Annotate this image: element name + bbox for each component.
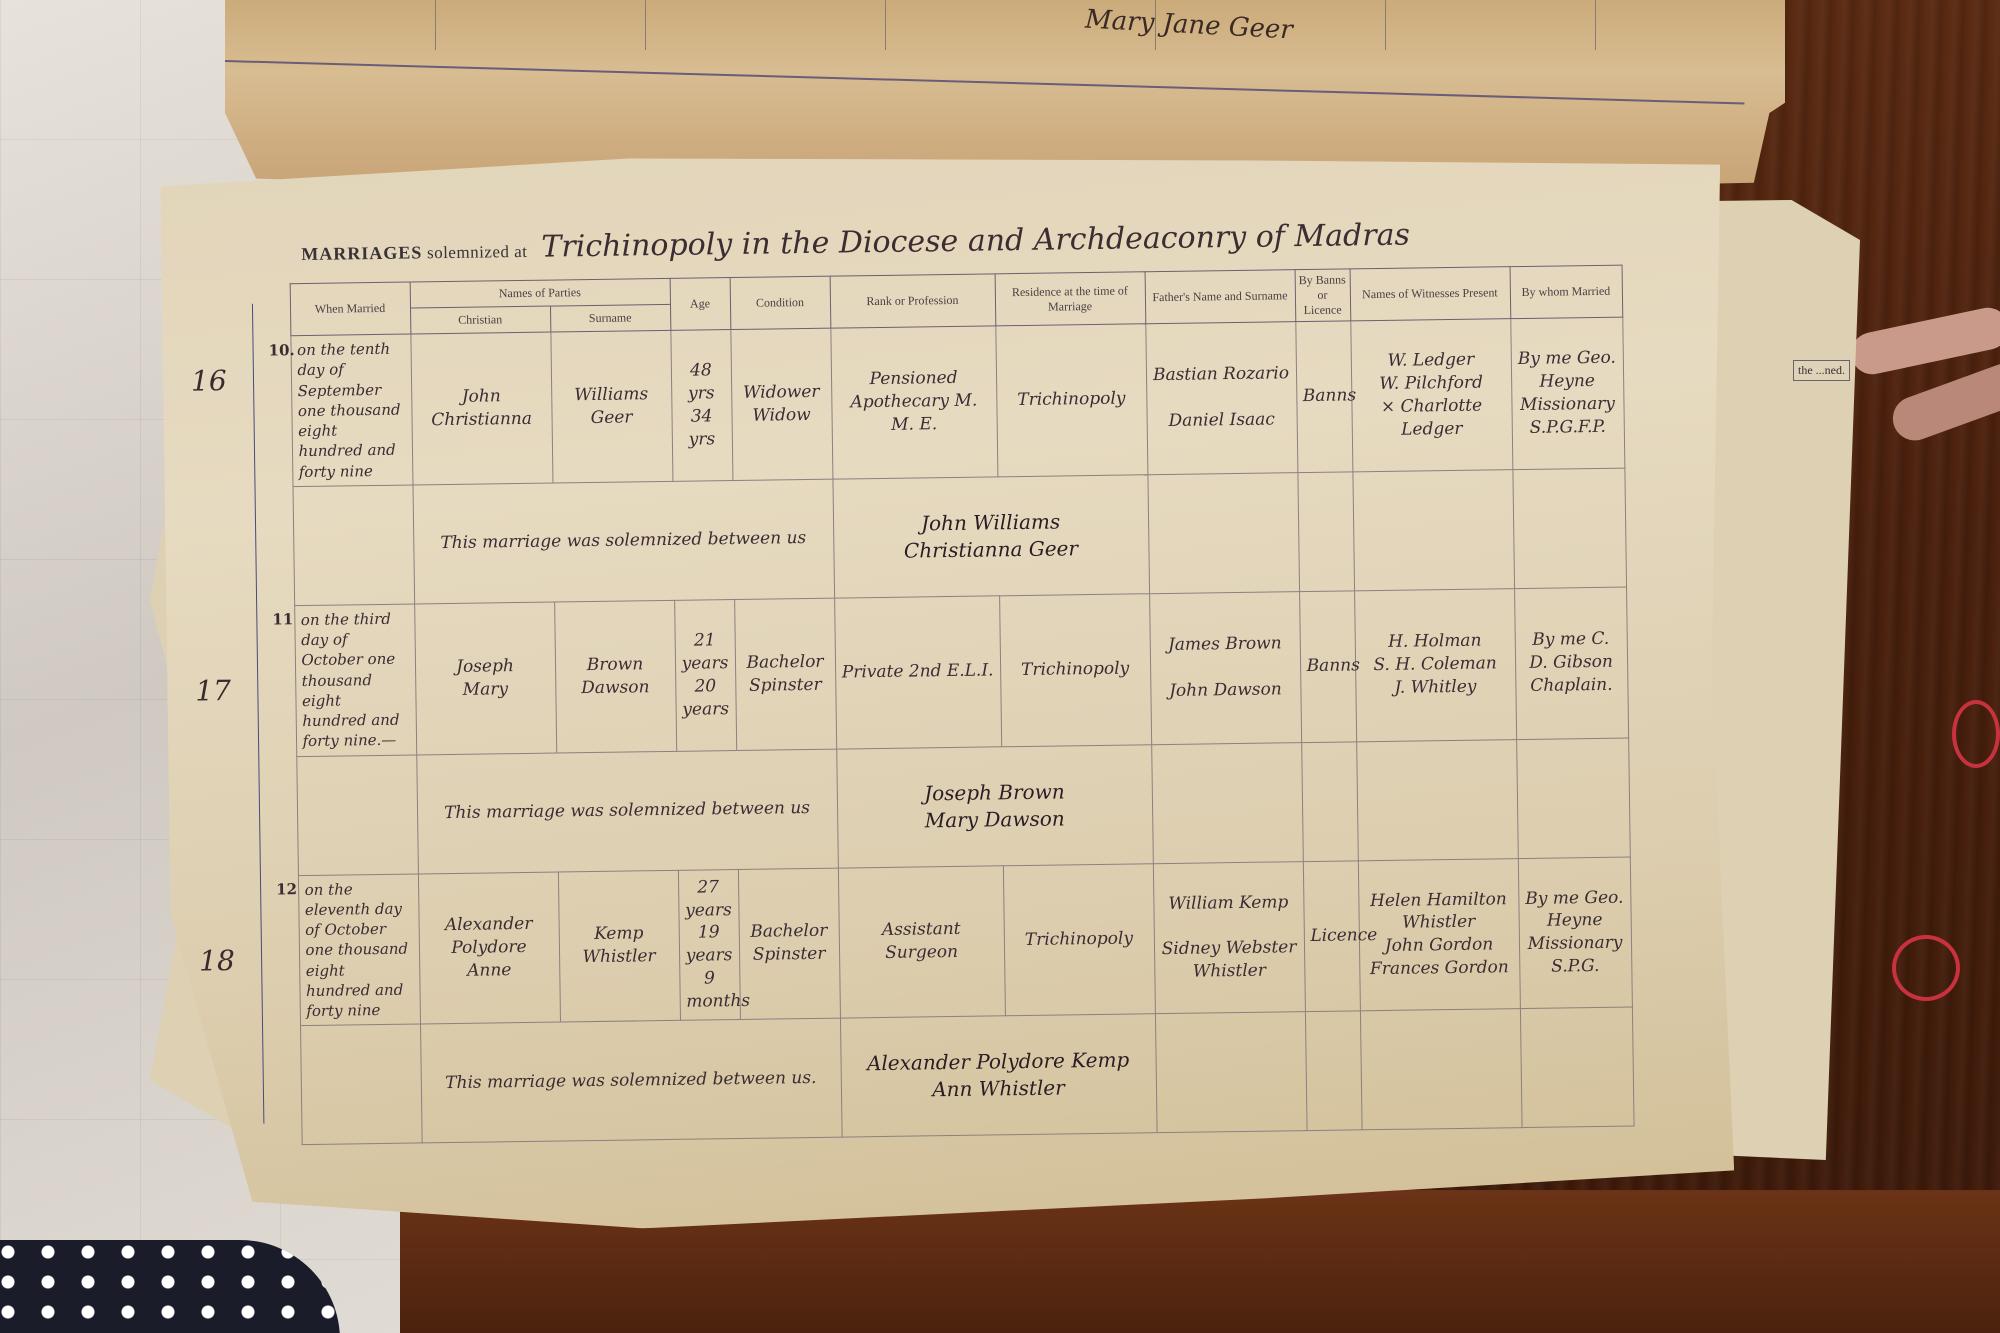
bride-christian: Christianna — [418, 408, 545, 433]
attestation-text: This marriage was solemnized between us. — [420, 1018, 842, 1143]
conditions: BachelorSpinster — [738, 868, 840, 1020]
witness: H. Holman — [1361, 629, 1508, 654]
rank: Assistant Surgeon — [838, 865, 1005, 1018]
col-married-by: By whom Married — [1510, 265, 1623, 319]
signature: Mary Dawson — [844, 804, 1146, 835]
conditions: BachelorSpinster — [734, 598, 836, 750]
attestation-text: This marriage was solemnized between us — [412, 479, 834, 604]
surnames: WilliamsGeer — [550, 330, 672, 482]
col-names-of-parties: Names of Parties — [410, 278, 670, 308]
attestation-row: This marriage was solemnized between us.… — [272, 1007, 1634, 1145]
surnames: BrownDawson — [554, 600, 676, 752]
hand-fingers — [1840, 300, 2000, 460]
register-table: When Married Names of Parties Age Condit… — [262, 265, 1634, 1146]
bride-father: Sidney Webster Whistler — [1160, 937, 1298, 985]
patterned-cloth — [0, 1240, 340, 1333]
conditions: WidowerWidow — [730, 328, 832, 480]
col-rank-profession: Rank or Profession — [830, 274, 996, 328]
bride-surname: Whistler — [565, 945, 672, 969]
married-by: By me Geo. Heyne Missionary S.P.G.F.P. — [1510, 317, 1624, 469]
signature: Joseph Brown — [843, 777, 1145, 808]
bride-age: 20 years — [682, 675, 730, 722]
marriage-register-page: MARRIAGES solemnized at Trichinopoly in … — [160, 143, 1735, 1235]
witness: W. Pilchford — [1358, 371, 1505, 396]
col-witnesses: Names of Witnesses Present — [1350, 267, 1511, 321]
table-row: 10. on the tenth day of September one th… — [262, 317, 1624, 487]
signature: Christianna Geer — [840, 534, 1142, 565]
bride-age: 34 yrs — [678, 405, 726, 452]
fathers: Bastian RozarioDaniel Isaac — [1145, 322, 1297, 475]
banns-or-licence: Banns — [1295, 321, 1352, 473]
witness: John Gordon — [1365, 934, 1512, 959]
witnesses: Helen Hamilton WhistlerJohn GordonFrance… — [1358, 858, 1520, 1011]
christian-names: Alexander PolydoreAnne — [418, 872, 560, 1025]
groom-condition: Bachelor — [745, 920, 832, 944]
surnames: KempWhistler — [558, 870, 680, 1022]
witnesses: H. HolmanS. H. ColemanJ. Whitley — [1354, 588, 1516, 741]
attestation-text: This marriage was solemnized between us — [416, 749, 838, 874]
witness: J. Whitley — [1362, 675, 1509, 700]
signature: John Williams — [839, 507, 1141, 538]
christian-names: JohnChristianna — [410, 332, 552, 485]
title-place: Trichinopoly in the Diocese and Archdeac… — [541, 218, 1410, 265]
table-row: 12 on the eleventh day of October one th… — [270, 857, 1632, 1027]
groom-father: Bastian Rozario — [1152, 363, 1289, 388]
married-by: By me C. D. Gibson Chaplain. — [1514, 587, 1628, 739]
party-signatures: Joseph BrownMary Dawson — [836, 744, 1153, 867]
ages: 48 yrs34 yrs — [670, 330, 732, 482]
groom-christian: Alexander Polydore — [425, 913, 553, 961]
margin-number: 18 — [199, 944, 235, 977]
col-surname: Surname — [550, 304, 670, 332]
groom-father: William Kemp — [1160, 891, 1297, 916]
groom-age: 21 years — [681, 629, 729, 676]
col-christian: Christian — [410, 306, 550, 334]
party-signatures: Alexander Polydore KempAnn Whistler — [840, 1014, 1157, 1137]
margin-number: 17 — [195, 674, 231, 707]
party-signatures: John WilliamsChristianna Geer — [832, 474, 1149, 597]
groom-christian: Joseph — [421, 654, 548, 679]
fathers: William KempSidney Webster Whistler — [1153, 861, 1305, 1014]
banns-or-licence: Banns — [1299, 591, 1356, 743]
bride-christian: Mary — [422, 677, 549, 702]
page-rule — [225, 60, 1744, 104]
entry-number: 10. — [262, 336, 292, 487]
when-married: on the eleventh day of October one thous… — [298, 873, 420, 1025]
title-printed-suffix: solemnized at — [427, 242, 528, 262]
when-married: on the tenth day of September one thousa… — [290, 334, 412, 486]
fathers: James BrownJohn Dawson — [1149, 591, 1301, 744]
rubber-band-icon — [1952, 700, 2000, 768]
groom-condition: Bachelor — [741, 650, 828, 674]
witness: W. Ledger — [1357, 348, 1504, 373]
col-banns-licence: By Banns or Licence — [1295, 269, 1351, 322]
signature: Ann Whistler — [847, 1074, 1149, 1105]
groom-condition: Widower — [738, 381, 825, 405]
witness: × Charlotte Ledger — [1358, 394, 1506, 442]
page-title: MARRIAGES solemnized at Trichinopoly in … — [301, 218, 1410, 268]
residence: Trichinopoly — [999, 593, 1151, 746]
christian-names: JosephMary — [414, 602, 556, 755]
groom-christian: John — [418, 385, 545, 410]
ages: 21 years20 years — [674, 599, 736, 751]
entry-number: 12 — [270, 875, 300, 1026]
col-age: Age — [670, 278, 731, 331]
residence: Trichinopoly — [1003, 863, 1155, 1016]
bride-surname: Dawson — [562, 676, 669, 700]
col-father: Father's Name and Surname — [1145, 270, 1296, 324]
col-residence: Residence at the time of Marriage — [995, 272, 1146, 326]
groom-age: 48 yrs — [677, 359, 725, 406]
rubber-band-icon — [1892, 935, 1960, 1001]
bride-condition: Widow — [738, 404, 825, 428]
rank: Pensioned Apothecary M. M. E. — [830, 326, 997, 479]
bride-age: 19 years 9 months — [685, 922, 733, 1014]
witness: S. H. Coleman — [1361, 652, 1508, 677]
col-condition: Condition — [730, 276, 831, 329]
bride-father: Daniel Isaac — [1153, 409, 1290, 434]
table-row: 11 on the third day of October one thous… — [266, 587, 1628, 757]
bride-christian: Anne — [426, 958, 553, 983]
signature-mary-jane-geer: Mary Jane Geer — [1084, 5, 1293, 46]
entry-number: 11 — [266, 605, 296, 756]
groom-father: James Brown — [1156, 632, 1293, 657]
bride-father: John Dawson — [1157, 678, 1294, 703]
witness: Frances Gordon — [1366, 957, 1513, 982]
groom-surname: Williams — [558, 383, 665, 407]
margin-number: 16 — [191, 364, 227, 397]
header-row: When Married Names of Parties Age Condit… — [262, 265, 1622, 310]
title-printed-prefix: MARRIAGES — [301, 242, 422, 264]
signature: Alexander Polydore Kemp — [847, 1047, 1149, 1078]
groom-surname: Brown — [561, 653, 668, 677]
side-sheet-tab: the ...ned. — [1793, 360, 1850, 381]
bride-surname: Geer — [558, 406, 665, 430]
ages: 27 years19 years 9 months — [678, 869, 740, 1021]
bride-condition: Spinster — [745, 943, 832, 967]
witnesses: W. LedgerW. Pilchford× Charlotte Ledger — [1350, 319, 1512, 472]
attestation-row: This marriage was solemnized between us … — [268, 738, 1630, 876]
witness: Helen Hamilton Whistler — [1365, 888, 1513, 936]
bride-condition: Spinster — [742, 673, 829, 697]
residence: Trichinopoly — [995, 324, 1147, 477]
banns-or-licence: Licence — [1303, 860, 1360, 1012]
attestation-row: This marriage was solemnized between us … — [265, 468, 1627, 606]
groom-surname: Kemp — [565, 922, 672, 946]
col-when-married: When Married — [290, 282, 411, 336]
married-by: By me Geo. Heyne Missionary S.P.G. — [1518, 857, 1632, 1009]
groom-age: 27 years — [684, 876, 732, 923]
rank: Private 2nd E.L.I. — [834, 596, 1001, 749]
when-married: on the third day of October one thousand… — [294, 604, 416, 756]
